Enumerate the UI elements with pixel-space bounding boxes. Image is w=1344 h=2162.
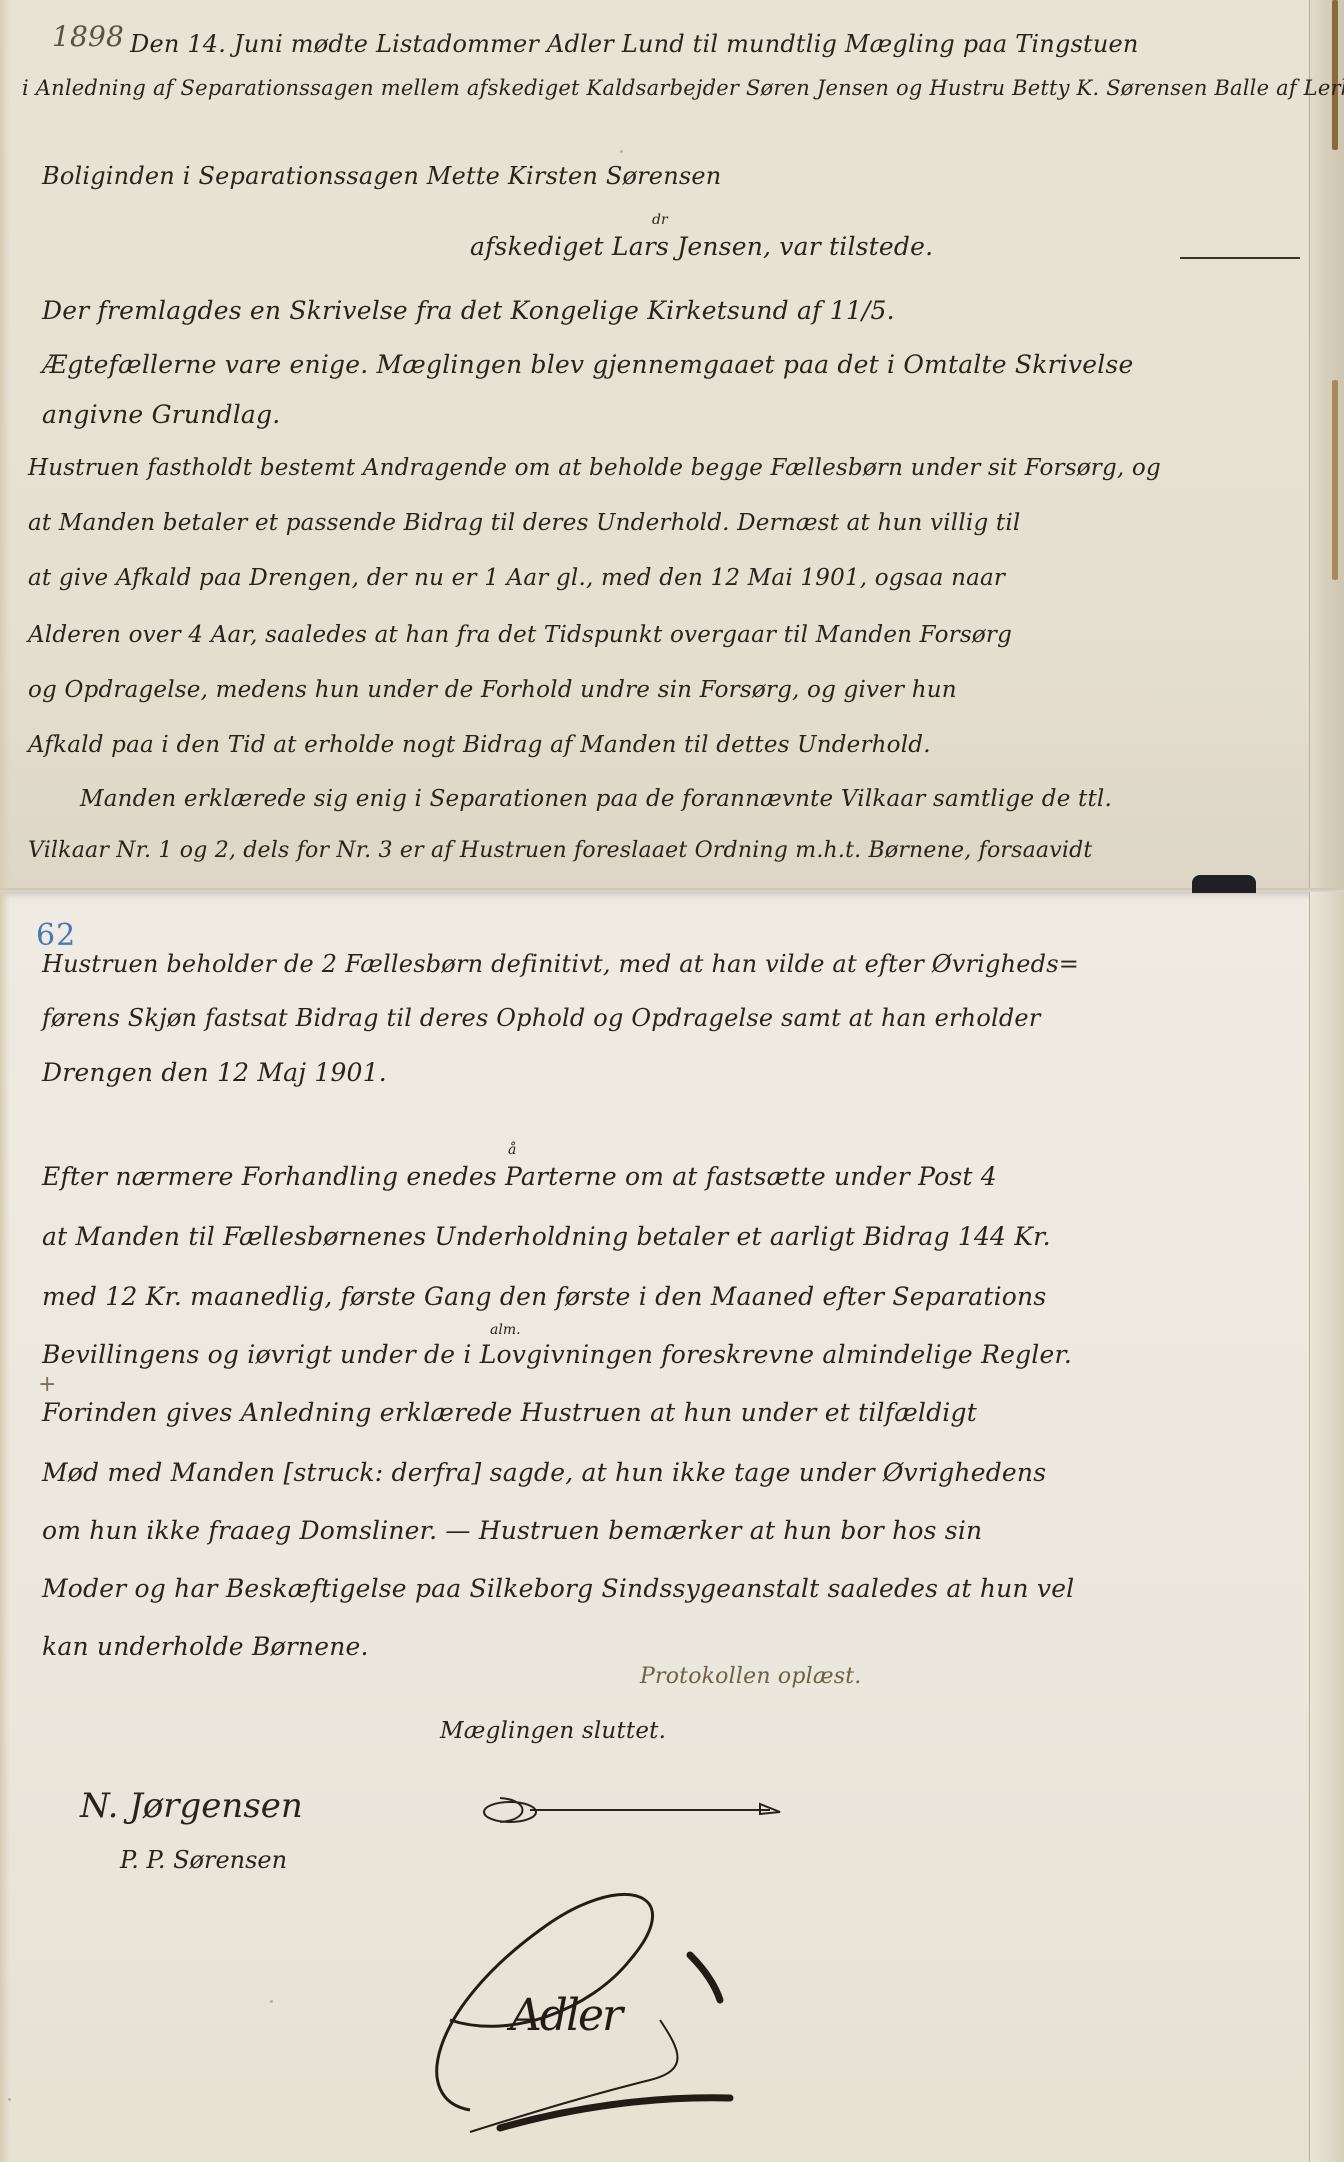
text-line-1: Den 14. Juni mødte Listadommer Adler Lun… <box>130 30 1139 58</box>
text-line-2: i Anledning af Separationssagen mellem a… <box>22 76 1344 100</box>
text-line-b5: at Manden til Fællesbørnenes Underholdni… <box>42 1222 1051 1251</box>
scan-speck <box>620 150 623 153</box>
line-end-rule <box>1180 257 1300 259</box>
royal-signature-name: Adler <box>510 1990 621 2041</box>
text-line-b7: Bevillingens og iøvrigt under de i Lovgi… <box>42 1340 1072 1369</box>
text-line-b3: Drengen den 12 Maj 1901. <box>42 1058 387 1087</box>
text-line-b10: om hun ikke fraaeg Domsliner. — Hustruen… <box>42 1516 982 1545</box>
text-line-14: Manden erklærede sig enig i Separationen… <box>80 786 1112 812</box>
insert-mark: alm. <box>490 1322 521 1338</box>
document-page-top: 1898 Den 14. Juni mødte Listadommer Adle… <box>0 0 1344 890</box>
text-line-5: Der fremlagdes en Skrivelse fra det Kong… <box>42 296 895 325</box>
text-line-b6: med 12 Kr. maanedlig, første Gang den fø… <box>42 1282 1046 1311</box>
royal-signature: Adler <box>390 1870 770 2140</box>
flourish-mark <box>470 1790 790 1830</box>
binding-edge-top <box>1309 0 1344 888</box>
text-line-12: og Opdragelse, medens hun under de Forho… <box>28 677 957 703</box>
text-line-6: Ægtefællerne vare enige. Mæglingen blev … <box>42 350 1133 379</box>
text-line-b1: Hustruen beholder de 2 Fællesbørn defini… <box>42 950 1079 978</box>
text-line-b9: Mød med Manden [struck: derfra] sagde, a… <box>42 1458 1046 1487</box>
page-left-edge <box>0 892 10 2162</box>
margin-mark: + <box>38 1372 56 1397</box>
mediation-concluded-annotation: Mæglingen sluttet. <box>440 1718 666 1744</box>
binding-strap <box>1332 0 1338 150</box>
scan-speck <box>8 2098 11 2101</box>
scan-speck <box>270 2000 273 2003</box>
page-number: 62 <box>36 918 76 953</box>
insert-mark: å <box>508 1142 516 1158</box>
protocol-read-annotation: Protokollen oplæst. <box>640 1664 861 1689</box>
binding-strap <box>1332 380 1338 580</box>
text-line-3: Boliginden i Separationssagen Mette Kirs… <box>42 162 721 190</box>
text-line-7: angivne Grundlag. <box>42 400 280 429</box>
signature-sorensen: P. P. Sørensen <box>120 1846 287 1874</box>
text-line-15: Vilkaar Nr. 1 og 2, dels for Nr. 3 er af… <box>28 838 1092 863</box>
binding-edge-bottom <box>1309 892 1344 2162</box>
text-line-9: at Manden betaler et passende Bidrag til… <box>28 510 1020 536</box>
signature-jorgensen: N. Jørgensen <box>80 1786 303 1826</box>
insert-mark: dr <box>652 212 668 228</box>
text-line-4: afskediget Lars Jensen, var tilstede. <box>470 232 933 261</box>
flourish-icon <box>470 1790 790 1830</box>
margin-year: 1898 <box>52 20 124 53</box>
text-line-13: Afkald paa i den Tid at erholde nogt Bid… <box>28 732 931 758</box>
page-left-edge <box>0 0 10 888</box>
text-line-b2: førens Skjøn fastsat Bidrag til deres Op… <box>42 1004 1041 1032</box>
text-line-11: Alderen over 4 Aar, saaledes at han fra … <box>28 622 1012 648</box>
text-line-8: Hustruen fastholdt bestemt Andragende om… <box>28 455 1161 481</box>
binder-clip <box>1192 875 1256 893</box>
text-line-10: at give Afkald paa Drengen, der nu er 1 … <box>28 565 1005 591</box>
text-line-b8: Forinden gives Anledning erklærede Hustr… <box>42 1398 977 1427</box>
text-line-b12: kan underholde Børnene. <box>42 1632 369 1661</box>
text-line-b4: Efter nærmere Forhandling enedes Partern… <box>42 1162 997 1191</box>
text-line-b11: Moder og har Beskæftigelse paa Silkeborg… <box>42 1574 1074 1603</box>
